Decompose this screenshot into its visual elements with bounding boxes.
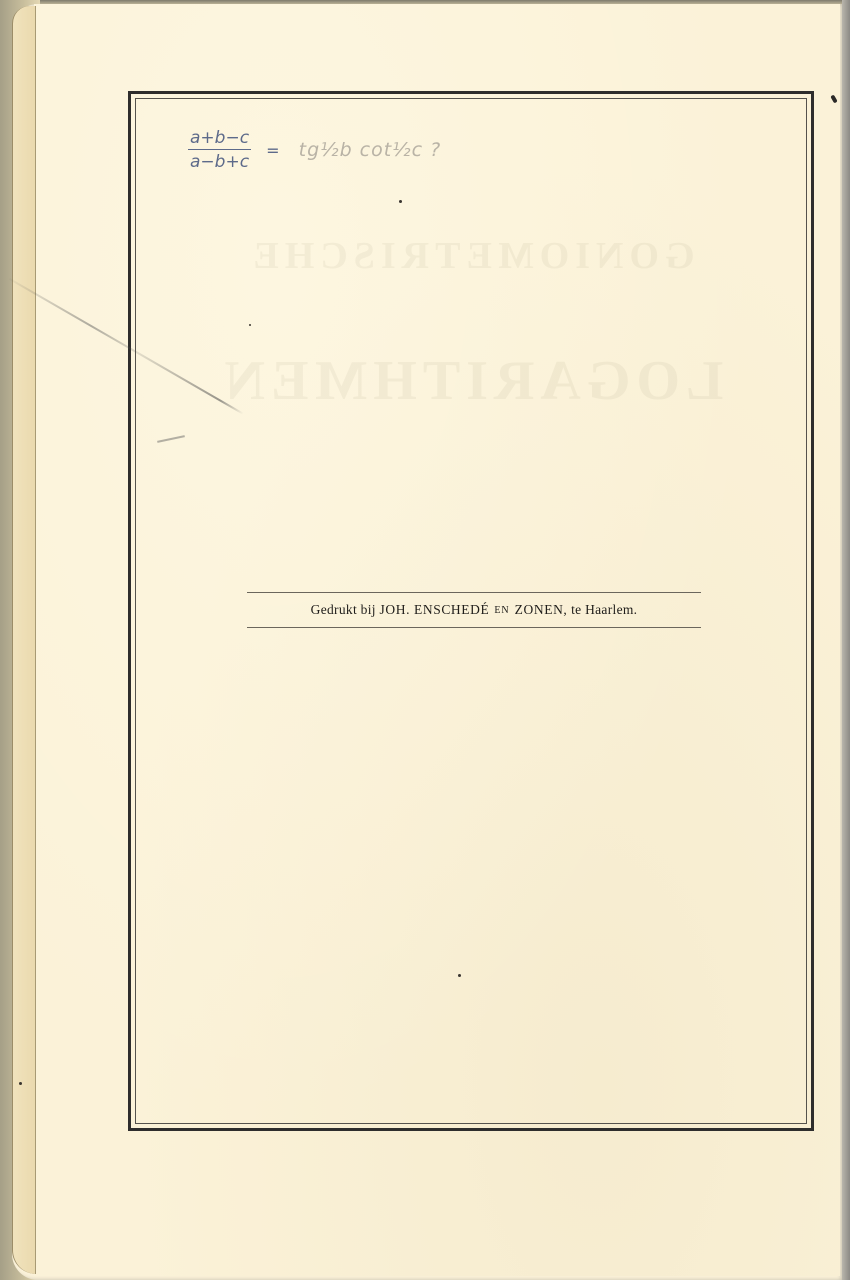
- denominator: a−b+c: [188, 150, 251, 172]
- imprint-conjunction: EN: [494, 605, 509, 616]
- equals-sign: =: [266, 141, 279, 160]
- speck: [458, 974, 461, 977]
- numerator: a+b−c: [188, 128, 251, 150]
- speck: [19, 1082, 22, 1085]
- show-through-title-line-1: GONIOMETRISCHE: [131, 234, 811, 278]
- handwritten-formula: a+b−c a−b+c = tg½b cot½c ?: [188, 128, 441, 172]
- right-edge: [842, 0, 850, 1280]
- speck: [249, 324, 251, 326]
- imprint-printer-name: JOH. ENSCHEDÉ: [380, 602, 490, 618]
- fraction: a+b−c a−b+c: [188, 128, 251, 172]
- printer-imprint: Gedrukt bij JOH. ENSCHEDÉ EN ZONEN, te H…: [247, 592, 701, 628]
- pencil-annotation: tg½b cot½c ?: [299, 139, 442, 161]
- speck: [399, 200, 402, 203]
- show-through-title-line-2: LOGARITHMEN: [131, 349, 811, 413]
- imprint-printer-sons: ZONEN,: [515, 602, 568, 618]
- imprint-location: te Haarlem.: [571, 602, 637, 618]
- imprint-prefix: Gedrukt bij: [311, 602, 376, 618]
- page-fold-edge: [12, 6, 36, 1274]
